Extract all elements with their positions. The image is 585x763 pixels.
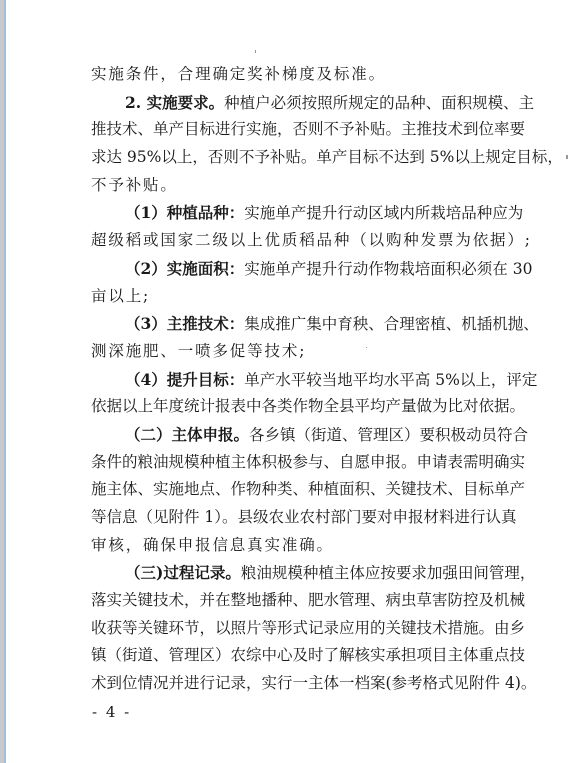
document-page: 实施条件，合理确定奖补梯度及标准。 2. 实施要求。种植户必须按照所规定的品种、… [6, 0, 585, 763]
text-line: （4）提升目标：单产水平较当地平均水平高 5%以上，评定 [91, 366, 513, 394]
section-heading: （4）提升目标： [125, 370, 244, 389]
text-line: （3）主推技术：集成推广集中育秧、合理密植、机插机抛、 [91, 310, 513, 338]
section-heading: （1）种植品种： [125, 203, 244, 222]
scan-speck [366, 347, 367, 348]
section-heading: （2）实施面积： [125, 259, 244, 278]
text-line: （二）主体申报。各乡镇（街道、管理区）要积极动员符合 [91, 421, 513, 449]
text-line: 超级稻或国家二级以上优质稻品种（以购种发票为依据）; [91, 227, 513, 255]
text-line: 施主体、实施地点、作物种类、种植面积、关键技术、目标单产 [91, 476, 513, 504]
text-line: 实施条件，合理确定奖补梯度及标准。 [91, 61, 513, 89]
text-line: （1）种植品种：实施单产提升行动区域内所栽培品种应为 [91, 199, 513, 227]
text-line: 落实关键技术，并在整地播种、肥水管理、病虫草害防控及机械 [91, 587, 513, 615]
text-line: （三)过程记录。粮油规模种植主体应按要求加强田间管理， [91, 559, 513, 587]
text-line: 2. 实施要求。种植户必须按照所规定的品种、面积规模、主 [91, 89, 513, 117]
text-line: 收获等关键环节，以照片等形式记录应用的关键技术措施。由乡 [91, 615, 513, 643]
section-heading: （3）主推技术： [125, 314, 244, 333]
text-line: （2）实施面积：实施单产提升行动作物栽培面积必须在 30 [91, 255, 513, 283]
text-line: 等信息（见附件 1）。县级农业农村部门要对申报材料进行认真 [91, 504, 513, 532]
text-line: 镇（街道、管理区）农综中心及时了解核实承担项目主体重点技 [91, 642, 513, 670]
text-line: 推技术、单产目标进行实施，否则不予补贴。主推技术到位率要 [91, 116, 513, 144]
section-heading: （二）主体申报。 [125, 425, 249, 444]
text-line: 依据以上年度统计报表中各类作物全县平均产量做为比对依据。 [91, 393, 513, 421]
page-number: - 4 - [92, 703, 131, 721]
text-line: 求达 95%以上，否则不予补贴。单产目标不达到 5%以上规定目标， [91, 144, 513, 172]
section-heading: 2. 实施要求。 [125, 93, 224, 112]
text-line: 审核，确保申报信息真实准确。 [91, 532, 513, 560]
document-body: 实施条件，合理确定奖补梯度及标准。 2. 实施要求。种植户必须按照所规定的品种、… [91, 61, 513, 698]
section-heading: （三)过程记录。 [125, 563, 241, 582]
scan-speck [566, 155, 568, 159]
text-line: 亩以上; [91, 283, 513, 311]
text-line: 不予补贴。 [91, 172, 513, 200]
scan-speck [255, 50, 256, 53]
text-line: 条件的粮油规模种植主体积极参与、自愿申报。申请表需明确实 [91, 449, 513, 477]
text-line: 术到位情况并进行记录，实行一主体一档案(参考格式见附件 4)。 [91, 670, 513, 698]
text-line: 测深施肥、一喷多促等技术; [91, 338, 513, 366]
